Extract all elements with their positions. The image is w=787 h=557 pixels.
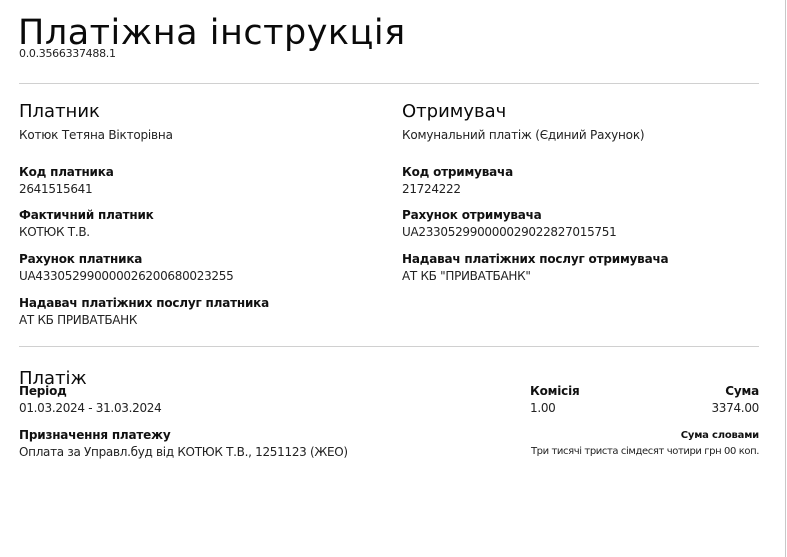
payer-provider-label: Надавач платіжних послуг платника — [19, 295, 269, 312]
payment-divider — [19, 346, 759, 347]
page-edge-line — [785, 0, 786, 557]
recipient-name: Комунальний платіж (Єдиний Рахунок) — [402, 127, 762, 143]
purpose-value: Оплата за Управл.буд від КОТЮК Т.В., 125… — [19, 444, 348, 461]
amount-field: Сума 3374.00 — [600, 383, 759, 417]
payer-name: Котюк Тетяна Вікторівна — [19, 127, 379, 143]
period-label: Період — [19, 383, 161, 400]
payer-code-field: Код платника 2641515641 — [19, 164, 114, 198]
recipient-account-field: Рахунок отримувача UA2330529900000290228… — [402, 207, 616, 241]
payer-provider-field: Надавач платіжних послуг платника АТ КБ … — [19, 295, 269, 329]
payer-code-value: 2641515641 — [19, 181, 114, 198]
amount-words-value: Три тисячі триста сімдесят чотири грн 00… — [470, 443, 759, 461]
period-value: 01.03.2024 - 31.03.2024 — [19, 400, 161, 417]
actual-payer-field: Фактичний платник КОТЮК Т.В. — [19, 207, 154, 241]
commission-label: Комісія — [530, 383, 580, 400]
amount-value: 3374.00 — [600, 400, 759, 417]
period-field: Період 01.03.2024 - 31.03.2024 — [19, 383, 161, 417]
recipient-section: Отримувач Комунальний платіж (Єдиний Рах… — [402, 100, 762, 143]
commission-value: 1.00 — [530, 400, 580, 417]
payer-section: Платник Котюк Тетяна Вікторівна Код плат… — [19, 100, 379, 143]
amount-label: Сума — [600, 383, 759, 400]
recipient-provider-label: Надавач платіжних послуг отримувача — [402, 251, 668, 268]
commission-field: Комісія 1.00 — [530, 383, 580, 417]
document-number: 0.0.3566337488.1 — [19, 47, 116, 60]
recipient-code-value: 21724222 — [402, 181, 513, 198]
payer-account-field: Рахунок платника UA433052990000026200680… — [19, 251, 233, 285]
purpose-field: Призначення платежу Оплата за Управл.буд… — [19, 427, 348, 461]
recipient-heading: Отримувач — [402, 100, 762, 124]
purpose-label: Призначення платежу — [19, 427, 348, 444]
payer-code-label: Код платника — [19, 164, 114, 181]
recipient-code-field: Код отримувача 21724222 — [402, 164, 513, 198]
actual-payer-value: КОТЮК Т.В. — [19, 224, 154, 241]
payer-account-label: Рахунок платника — [19, 251, 233, 268]
recipient-code-label: Код отримувача — [402, 164, 513, 181]
payer-heading: Платник — [19, 100, 379, 124]
payer-account-value: UA433052990000026200680023255 — [19, 268, 233, 285]
recipient-provider-field: Надавач платіжних послуг отримувача АТ К… — [402, 251, 668, 285]
recipient-account-value: UA233052990000029022827015751 — [402, 224, 616, 241]
amount-words-label: Сума словами — [470, 428, 759, 443]
recipient-account-label: Рахунок отримувача — [402, 207, 616, 224]
payer-provider-value: АТ КБ ПРИВАТБАНК — [19, 312, 269, 329]
recipient-provider-value: АТ КБ "ПРИВАТБАНК" — [402, 268, 668, 285]
actual-payer-label: Фактичний платник — [19, 207, 154, 224]
amount-words-field: Сума словами Три тисячі триста сімдесят … — [470, 428, 759, 461]
header-divider — [19, 83, 759, 84]
